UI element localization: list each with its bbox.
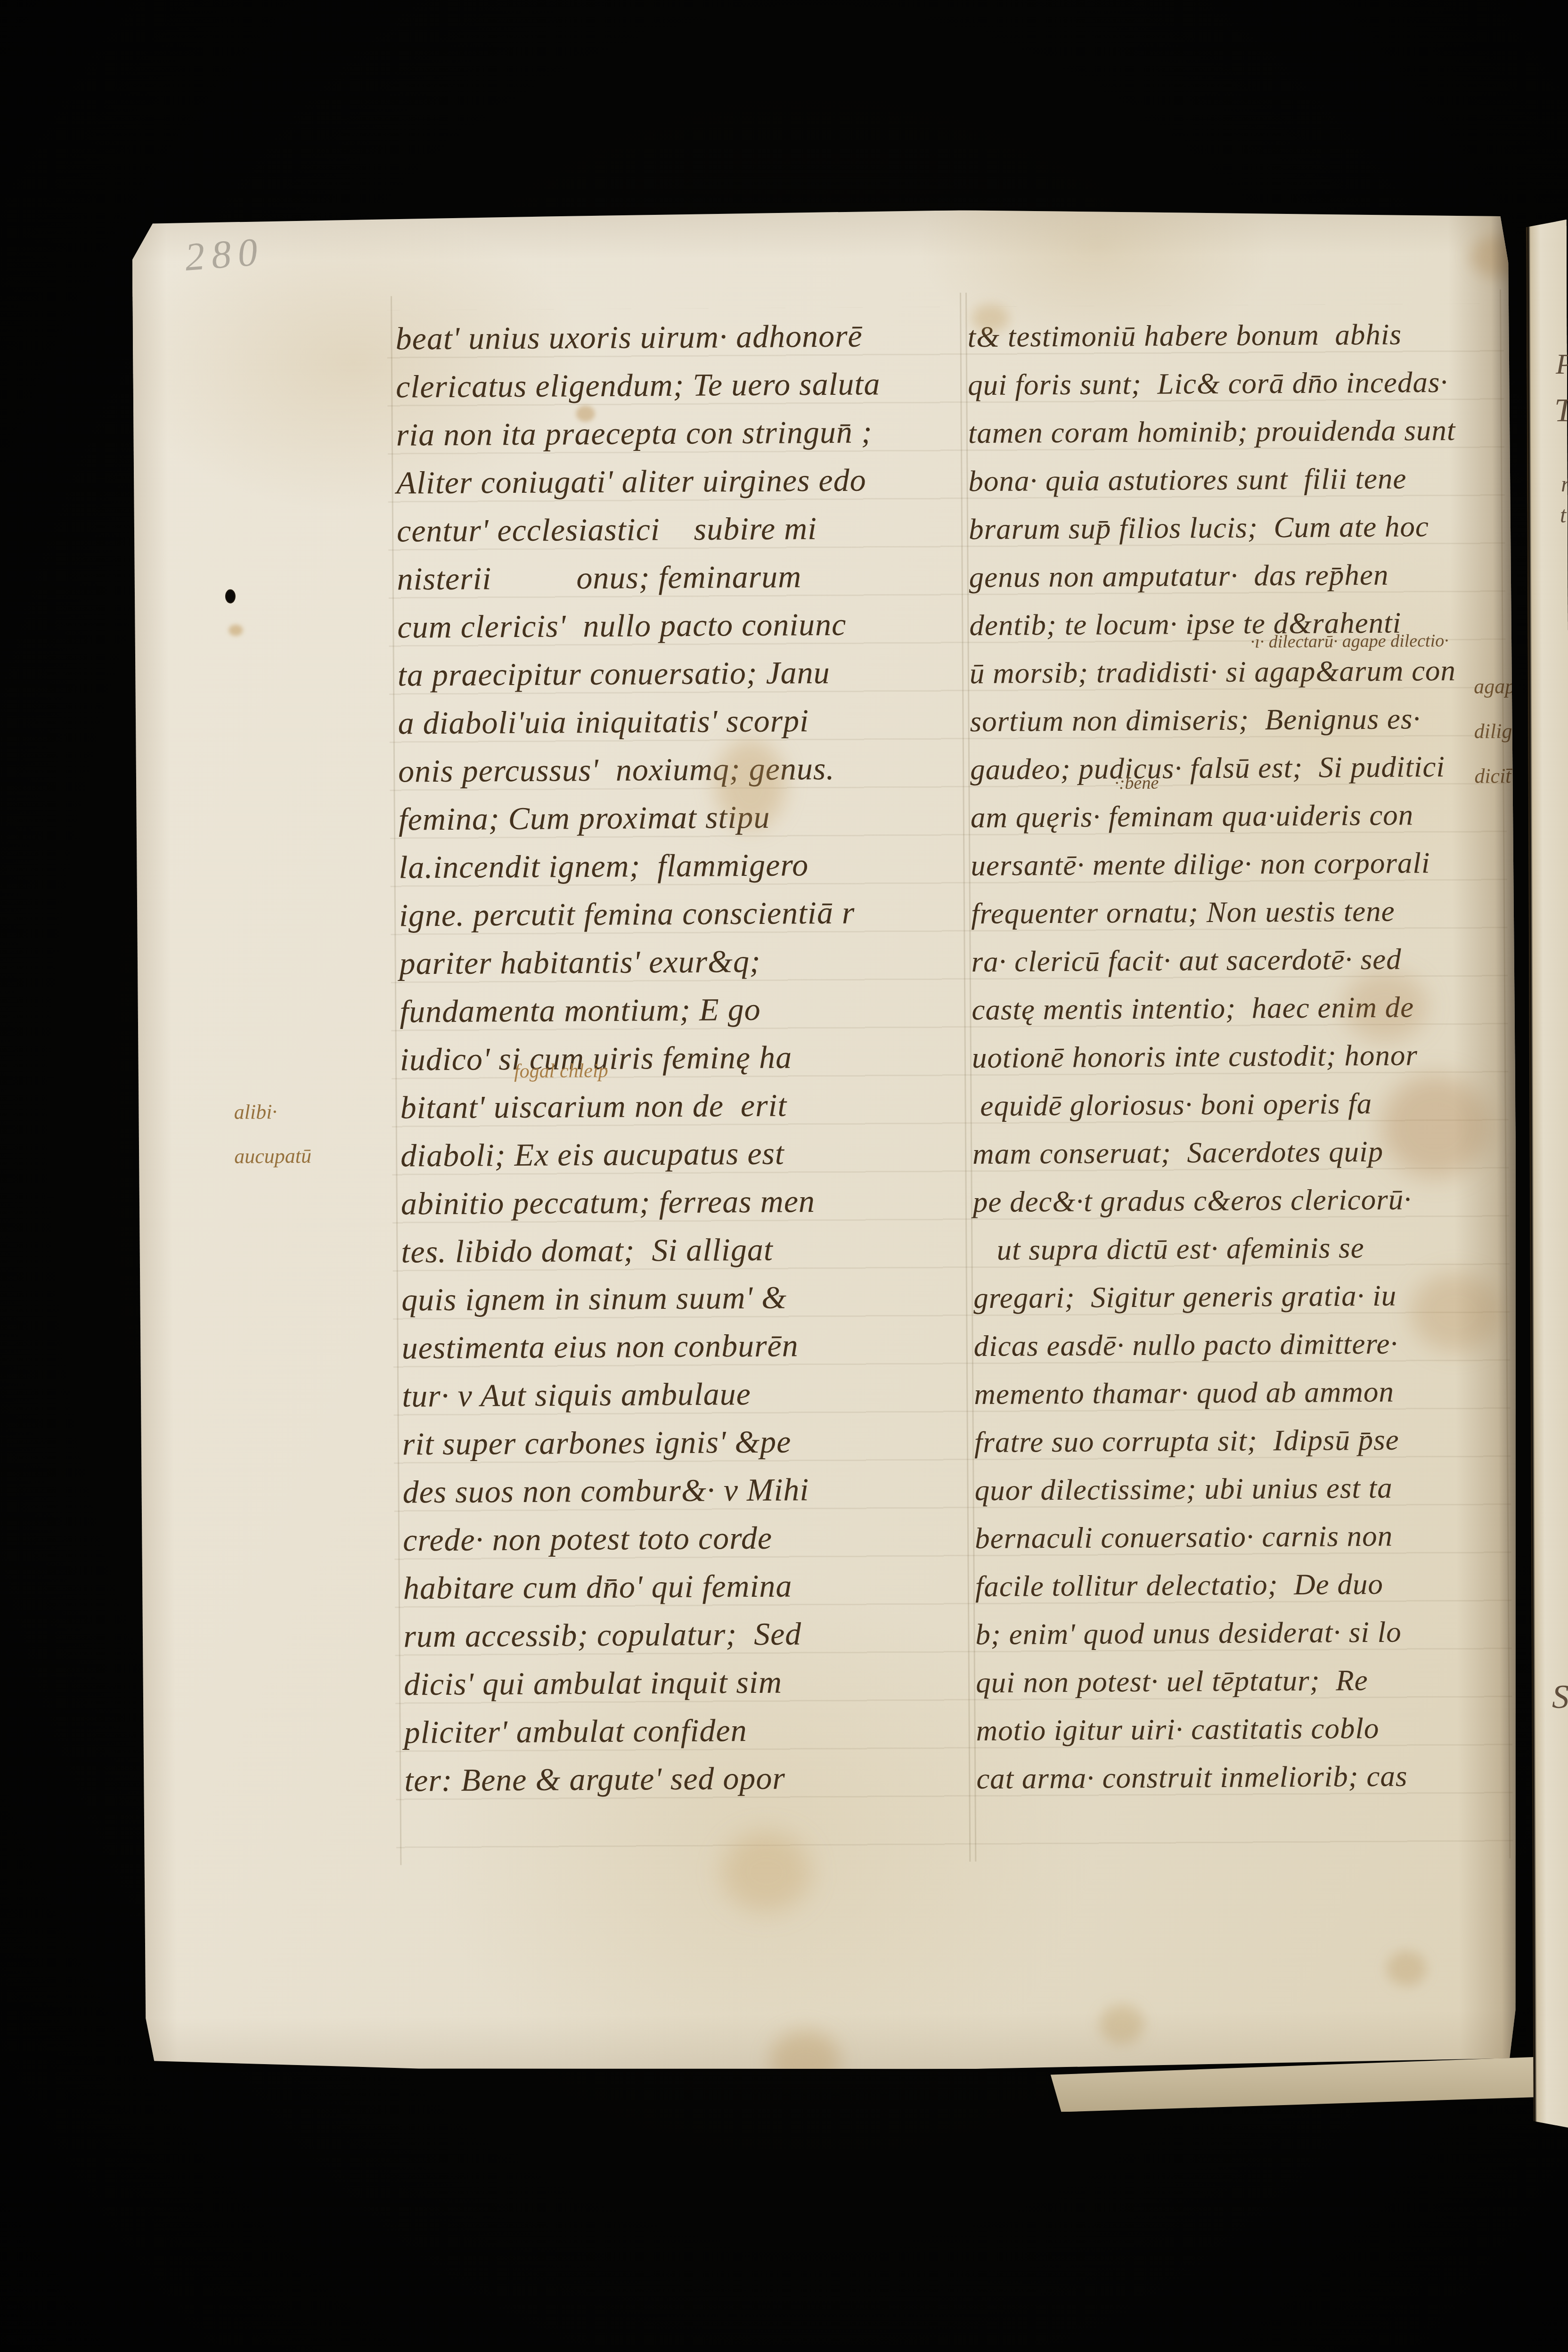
stain xyxy=(1470,235,1527,278)
folio-number: 280 xyxy=(183,229,266,280)
manuscript-line: gaudeo; pudicus· falsū est; Si puditici xyxy=(970,742,1511,793)
manuscript-page: 280 beat' unius uxoris uirum· adhonorēcl… xyxy=(132,207,1521,2074)
margin-gloss-right-line3: dicit̄ xyxy=(1474,764,1511,787)
fore-edge-letter: P xyxy=(1556,348,1568,381)
manuscript-line: sortium non dimiseris; Benignus es· xyxy=(970,694,1510,745)
manuscript-line: uersantē· mente dilige· non corporali xyxy=(971,838,1511,890)
manuscript-line: fundamenta montium; E go xyxy=(400,984,970,1035)
manuscript-line: abinitio peccatum; ferreas men xyxy=(400,1176,971,1227)
margin-note-left-line1: alibi· xyxy=(234,1100,277,1124)
manuscript-line: cum clericis' nullo pacto coniunc xyxy=(397,599,968,651)
manuscript-line: ut supra dictū est· afeminis se xyxy=(973,1223,1513,1274)
manuscript-line: quor dilectissime; ubi unius est ta xyxy=(974,1463,1515,1514)
manuscript-line: uestimenta eius non conburēn xyxy=(401,1320,972,1372)
manuscript-line: crede· non potest toto corde xyxy=(403,1512,973,1564)
manuscript-line: motio igitur uiri· castitatis coblo xyxy=(976,1703,1516,1755)
manuscript-line: pariter habitantis' exur&q; xyxy=(399,936,970,987)
manuscript-line: a diaboli'uia iniquitatis' scorpi xyxy=(398,695,968,747)
fore-edge-letter: S xyxy=(1552,1677,1568,1716)
manuscript-line: bona· quia astutiores sunt filii tene xyxy=(968,454,1509,505)
interlinear-gloss-ohg: fogal chleip xyxy=(514,1060,608,1083)
manuscript-line: genus non amputatur· das rep̄hen xyxy=(969,550,1509,601)
manuscript-line: igne. percutit femina conscientiā r xyxy=(399,888,970,939)
manuscript-line: des suos non combur&· v Mihi xyxy=(402,1464,973,1516)
manuscript-line: nisterii onus; feminarum xyxy=(397,551,967,603)
manuscript-line: quis ignem in sinum suum' & xyxy=(401,1272,972,1323)
manuscript-line: rit super carbones ignis' &pe xyxy=(402,1416,973,1468)
manuscript-line: bitant' uiscarium non de erit xyxy=(400,1080,971,1131)
manuscript-line: iudico' si cum uiris feminę ha xyxy=(400,1032,971,1083)
manuscript-line: diaboli; Ex eis aucupatus est xyxy=(400,1128,971,1179)
manuscript-line: am quęris· feminam qua·uideris con xyxy=(971,790,1511,841)
margin-note-left-line2: aucupatū xyxy=(234,1144,311,1168)
fore-edge-letter: t xyxy=(1560,502,1566,528)
manuscript-line: qui non potest· uel tēptatur; Re xyxy=(976,1655,1516,1707)
manuscript-line: pe dec&·t gradus c&eros clericorū· xyxy=(972,1175,1513,1226)
manuscript-line: ra· clericū facit· aut sacerdotē· sed xyxy=(971,934,1511,986)
manuscript-line: centur' ecclesiastici subire mi xyxy=(397,503,967,555)
manuscript-line: ter: Bene & argute' sed opor xyxy=(404,1753,975,1804)
manuscript-line: mam conseruat; Sacerdotes quip xyxy=(972,1127,1513,1178)
margin-gloss-right-line2: diligo xyxy=(1474,719,1523,743)
manuscript-line: tur· v Aut siquis ambulaue xyxy=(402,1368,972,1420)
left-column: beat' unius uxoris uirum· adhonorēcleric… xyxy=(395,311,974,1804)
stain xyxy=(721,1832,811,1912)
manuscript-line: frequenter ornatu; Non uestis tene xyxy=(971,886,1511,938)
fore-edge-letter: T xyxy=(1554,392,1568,430)
stain xyxy=(770,2030,841,2091)
manuscript-line: ta praecipitur conuersatio; Janu xyxy=(398,647,968,699)
manuscript-line: uotionē honoris inte custodit; honor xyxy=(972,1030,1512,1082)
interlinear-gloss-dilectio: ·ı· dilectarū· agape dilectio· xyxy=(1250,630,1448,653)
interlinear-gloss-bene: ·:bene xyxy=(1114,773,1159,794)
manuscript-line: tamen coram hominib; prouidenda sunt xyxy=(968,406,1509,457)
manuscript-line: brarum sup̄ filios lucis; Cum ate hoc xyxy=(969,502,1509,553)
manuscript-line: t& testimoniū habere bonum abhis xyxy=(967,310,1508,361)
manuscript-line: Aliter coniugati' aliter uirgines edo xyxy=(396,455,967,506)
margin-gloss-right-line1: agapo xyxy=(1474,675,1526,698)
manuscript-line: fratre suo corrupta sit; Idipsū p̄se xyxy=(974,1415,1515,1466)
wormhole xyxy=(225,589,236,604)
margin-gloss-right: agapodiligodicit̄ xyxy=(1474,664,1527,799)
manuscript-line: dicis' qui ambulat inquit sim xyxy=(404,1657,974,1708)
manuscript-line: clericatus eligendum; Te uero saluta xyxy=(396,359,966,410)
manuscript-line: tes. libido domat; Si alligat xyxy=(401,1224,972,1275)
stain xyxy=(1099,2004,1144,2045)
manuscript-line: equidē gloriosus· boni operis fa xyxy=(972,1078,1512,1130)
manuscript-line: habitare cum dn̄o' qui femina xyxy=(403,1560,973,1612)
manuscript-line: la.incendit ignem; flammigero xyxy=(399,840,969,891)
margin-note-left: alibi·aucupatū xyxy=(234,1090,311,1179)
manuscript-photo: { "page": { "folio_number": "280", "left… xyxy=(0,0,1568,2352)
manuscript-line: dicas easdē· nullo pacto dimittere· xyxy=(973,1319,1514,1370)
manuscript-line: ū morsib; tradidisti· si agap&arum con xyxy=(970,646,1510,697)
manuscript-line: beat' unius uxoris uirum· adhonorē xyxy=(395,311,966,362)
manuscript-line: memento thamar· quod ab ammon xyxy=(974,1367,1514,1418)
manuscript-line: bernaculi conuersatio· carnis non xyxy=(975,1511,1515,1562)
manuscript-line: rum accessib; copulatur; Sed xyxy=(403,1609,974,1660)
manuscript-line: ria non ita praecepta con stringun̄ ; xyxy=(396,407,967,458)
manuscript-line: gregari; Sigitur generis gratia· iu xyxy=(973,1271,1514,1322)
right-column: t& testimoniū habere bonum abhisqui fori… xyxy=(967,310,1516,1803)
manuscript-line: facile tollitur delectatio; De duo xyxy=(975,1559,1515,1610)
manuscript-line: b; enim' quod unus desiderat· si lo xyxy=(975,1607,1516,1658)
fore-edge-letter: r xyxy=(1561,471,1568,497)
manuscript-line: castę mentis intentio; haec enim de xyxy=(972,982,1512,1034)
manuscript-line: onis percussus' noxiumq; genus. xyxy=(398,743,969,795)
manuscript-line: qui foris sunt; Lic& corā dn̄o incedas· xyxy=(968,358,1508,409)
stain xyxy=(229,625,243,636)
manuscript-line: pliciter' ambulat confiden xyxy=(404,1705,974,1756)
manuscript-line: femina; Cum proximat stipu xyxy=(399,792,969,843)
manuscript-line: cat arma· construit inmeliorib; cas xyxy=(976,1751,1517,1803)
stain xyxy=(1387,1951,1427,1986)
